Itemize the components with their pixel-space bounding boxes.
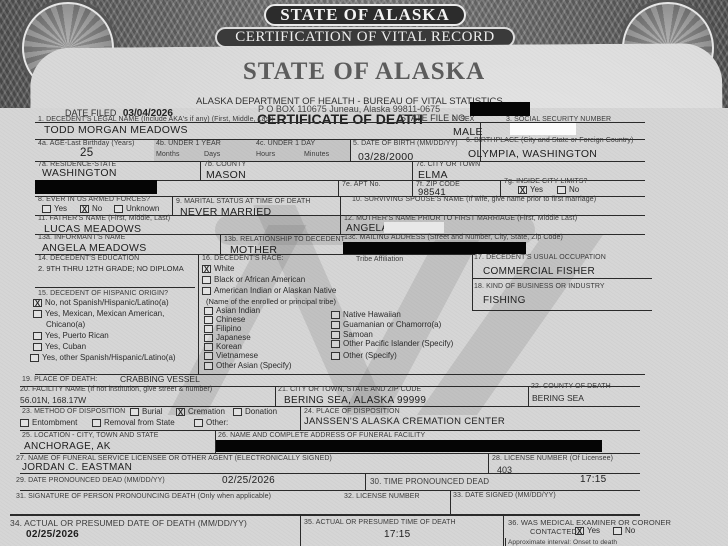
field-7c-label: 7c. CITY OR TOWN: [416, 161, 480, 168]
checkbox[interactable]: [92, 419, 101, 427]
rule: [450, 490, 451, 514]
state-file-number-redacted: [470, 102, 530, 116]
rule: [500, 180, 501, 196]
checkbox[interactable]: X: [80, 205, 89, 213]
checkbox[interactable]: [204, 343, 213, 351]
occupation: COMMERCIAL FISHER: [483, 266, 595, 277]
checkbox[interactable]: [233, 408, 242, 416]
street-address-redacted: [35, 180, 157, 194]
race-option[interactable]: Guamanian or Chamorro(a): [331, 320, 441, 329]
hispanic-option[interactable]: Yes, other Spanish/Hispanic/Latino(a): [30, 353, 176, 362]
education-value: 2. 9TH THRU 12TH GRADE; NO DIPLOMA: [38, 264, 184, 273]
field-10-label: 10. SURVIVING SPOUSE'S NAME (If wife, gi…: [352, 196, 596, 203]
rule: [20, 406, 640, 407]
rule: [412, 161, 413, 196]
decedent-name: TODD MORGAN MEADOWS: [44, 124, 188, 136]
onset-interval-label: Approximate interval: Onset to death: [508, 539, 617, 546]
hispanic-option-continued: Chicano(a): [46, 320, 85, 329]
death-county: BERING SEA: [532, 393, 584, 403]
rule: [20, 430, 640, 431]
disposition-other[interactable]: Other:: [194, 418, 228, 427]
age-value: 25: [80, 147, 93, 159]
field-3-label: 3. SOCIAL SECURITY NUMBER: [506, 116, 611, 123]
banner-state-title: STATE OF ALASKA: [264, 4, 466, 26]
field-13a-label: 13a. INFORMANT'S NAME: [38, 234, 125, 241]
rule: [503, 516, 504, 546]
field-6-label: 6. BIRTHPLACE (City and State or Foreign…: [466, 137, 633, 144]
checkbox[interactable]: [20, 419, 29, 427]
race-option[interactable]: Native Hawaiian: [331, 310, 401, 319]
field-21-label: 21. CITY OR TOWN, STATE AND ZIP CODE: [278, 386, 421, 393]
tribe-note: (Name of the enrolled or principal tribe…: [206, 297, 336, 306]
residence-county: MASON: [206, 169, 246, 181]
field-28-label: 28. LICENSE NUMBER (Of Licensee): [492, 455, 613, 462]
checkbox[interactable]: [42, 205, 51, 213]
funeral-facility-redacted: [216, 440, 602, 452]
date-of-death: 02/25/2026: [26, 529, 79, 540]
field-18-label: 18. KIND OF BUSINESS OR INDUSTRY: [474, 283, 605, 290]
rule: [350, 139, 351, 161]
rule: [340, 196, 341, 234]
certification-banner: STATE OF ALASKA CERTIFICATION OF VITAL R…: [215, 4, 515, 48]
race-option[interactable]: American Indian or Alaskan Native: [202, 286, 336, 295]
checkbox[interactable]: [331, 352, 340, 360]
race-option[interactable]: Other (Specify): [331, 351, 397, 360]
checkbox[interactable]: [202, 287, 211, 295]
checkbox[interactable]: [130, 408, 139, 416]
field-27-label: 27. NAME OF FUNERAL SERVICE LICENSEE OR …: [16, 455, 332, 462]
field-14-label: 14. DECEDENT'S EDUCATION: [38, 255, 139, 262]
birth-date: 03/28/2000: [358, 151, 414, 163]
field-35-label: 35. ACTUAL OR PRESUMED TIME OF DEATH: [304, 519, 456, 526]
hispanic-option[interactable]: Yes, Cuban: [33, 342, 86, 351]
minutes-label: Minutes: [304, 151, 329, 158]
document-title: STATE OF ALASKA: [0, 58, 728, 86]
inside-city-limits-yes[interactable]: XYes: [518, 185, 543, 194]
checkbox[interactable]: X: [518, 186, 527, 194]
checkbox[interactable]: X: [575, 527, 584, 535]
race-option[interactable]: Other Pacific Islander (Specify): [331, 339, 453, 348]
birthplace: OLYMPIA, WASHINGTON: [468, 148, 597, 160]
checkbox[interactable]: X: [176, 408, 185, 416]
disposition-donation[interactable]: Donation: [233, 407, 277, 416]
race-option[interactable]: Vietnamese: [204, 351, 258, 360]
hours-label: Hours: [256, 151, 275, 158]
rule: [528, 386, 529, 406]
field-34-label: 34. ACTUAL OR PRESUMED DATE OF DEATH (MM…: [10, 518, 247, 528]
inside-city-limits-no[interactable]: No: [557, 185, 579, 194]
hispanic-option[interactable]: Yes, Mexican, Mexican American,: [33, 309, 164, 318]
field-36-label-2: CONTACTED?: [530, 527, 581, 536]
field-24-label: 24. PLACE OF DISPOSITION: [304, 408, 400, 415]
field-8-label: 8. EVER IN US ARMED FORCES?: [38, 196, 150, 203]
ssn-redacted: [510, 123, 576, 135]
hispanic-option[interactable]: Yes, Puerto Rican: [33, 331, 109, 340]
place-of-disposition: JANSSEN'S ALASKA CREMATION CENTER: [304, 416, 505, 427]
license-number: 403: [497, 465, 512, 475]
facility-coordinates: 56.01N, 168.17W: [20, 395, 86, 405]
armed-forces-yes[interactable]: Yes: [42, 204, 67, 213]
rule: [172, 196, 173, 215]
race-option[interactable]: Chinese: [204, 315, 245, 324]
residence-state: WASHINGTON: [42, 167, 117, 179]
field-32-label: 32. LICENSE NUMBER: [344, 493, 420, 500]
race-option[interactable]: XWhite: [202, 264, 234, 273]
death-city: BERING SEA, ALASKA 99999: [284, 395, 426, 406]
date-pronounced-dead: 02/25/2026: [222, 475, 275, 486]
rule: [300, 516, 301, 546]
field-26-label: 26. NAME AND COMPLETE ADDRESS OF FUNERAL…: [218, 432, 425, 439]
field-7e-label: 7e. APT No.: [342, 181, 381, 188]
race-option[interactable]: Other Asian (Specify): [204, 361, 292, 370]
tribe-affiliation-label: Tribe Affiliation: [356, 256, 403, 263]
industry: FISHING: [483, 295, 526, 306]
checkbox[interactable]: [204, 352, 213, 360]
field-12-label: 12. MOTHER'S NAME PRIOR TO FIRST MARRIAG…: [344, 215, 577, 222]
checkbox[interactable]: [613, 527, 622, 535]
checkbox[interactable]: [33, 343, 42, 351]
checkbox[interactable]: [194, 419, 203, 427]
time-pronounced-dead: 17:15: [580, 474, 607, 485]
place-of-death: CRABBING VESSEL: [120, 374, 200, 384]
field-22-label: 22. COUNTY OF DEATH: [531, 383, 611, 390]
checkbox[interactable]: [33, 332, 42, 340]
field-4b-label: 4b. UNDER 1 YEAR: [156, 140, 221, 147]
rule: [472, 254, 473, 310]
rule: [472, 310, 652, 311]
checkbox[interactable]: [202, 276, 211, 284]
residence-city: ELMA: [418, 169, 448, 181]
race-option[interactable]: Black or African American: [202, 275, 305, 284]
certificate-type: CERTIFICATE OF DEATH: [257, 111, 423, 127]
field-29-label: 29. DATE PRONOUNCED DEAD (MM/DD/YY): [16, 477, 165, 484]
race-option[interactable]: Samoan: [331, 330, 373, 339]
checkbox[interactable]: [331, 311, 340, 319]
field-19-label: 19. PLACE OF DEATH:: [22, 376, 97, 383]
field-5-label: 5. DATE OF BIRTH (MM/DD/YY): [353, 140, 458, 147]
rule: [488, 453, 489, 473]
rule: [505, 538, 506, 546]
months-label: Months: [156, 151, 180, 158]
field-16-label: 16. DECEDENT'S RACE:: [202, 255, 284, 262]
mother-name: ANGELA: [346, 223, 388, 234]
armed-forces-no[interactable]: XNo: [80, 204, 102, 213]
checkbox[interactable]: [331, 331, 340, 339]
checkbox[interactable]: [114, 205, 123, 213]
field-1-label: 1. DECEDENT'S LEGAL NAME (Include AKA's …: [38, 116, 274, 123]
rule: [200, 161, 201, 180]
medical-examiner-no[interactable]: No: [613, 526, 635, 535]
field-15-label: 15. DECEDENT OF HISPANIC ORIGIN?: [38, 290, 168, 297]
checkbox[interactable]: X: [202, 265, 211, 273]
rule: [300, 406, 301, 430]
race-option[interactable]: Asian Indian: [204, 306, 260, 315]
disposition-entombment[interactable]: Entombment: [20, 418, 77, 427]
funeral-licensee: JORDAN C. EASTMAN: [22, 462, 132, 473]
race-option[interactable]: Korean: [204, 342, 242, 351]
rule: [338, 180, 339, 196]
checkbox[interactable]: [204, 325, 213, 333]
rule: [20, 473, 640, 474]
checkbox[interactable]: [33, 310, 42, 318]
field-4c-label: 4c. UNDER 1 DAY: [256, 140, 315, 147]
field-17-label: 17. DECEDENT'S USUAL OCCUPATION: [474, 254, 606, 261]
disposition-location: ANCHORAGE, AK: [24, 441, 111, 452]
marital-status: NEVER MARRIED: [180, 206, 271, 218]
field-9-label: 9. MARITAL STATUS AT TIME OF DEATH: [176, 198, 310, 205]
mailing-address-redacted: [343, 242, 526, 254]
field-31-label: 31. SIGNATURE OF PERSON PRONOUNCING DEAT…: [16, 493, 271, 500]
field-11-label: 11. FATHER'S NAME (First, Middle, Last): [38, 215, 170, 222]
rule: [20, 453, 640, 454]
field-25-label: 25. LOCATION - CITY, TOWN AND STATE: [22, 432, 159, 439]
checkbox[interactable]: [204, 316, 213, 324]
field-13c-label: 13c. MAILING ADDRESS (Street and Number,…: [344, 234, 563, 241]
disposition-cremation[interactable]: XCremation: [176, 407, 225, 416]
field-23-label: 23. METHOD OF DISPOSITION: [22, 408, 125, 415]
field-20-label: 20. FACILITY NAME (If not institution, g…: [20, 386, 212, 393]
rule: [220, 234, 221, 254]
checkbox[interactable]: [204, 307, 213, 315]
rule: [20, 490, 640, 491]
rule: [35, 161, 645, 162]
armed-forces-unknown[interactable]: Unknown: [114, 204, 159, 213]
checkbox[interactable]: [30, 354, 39, 362]
field-7g-label: 7g. INSIDE CITY LIMITS?: [504, 178, 587, 185]
checkbox[interactable]: X: [33, 299, 42, 307]
field-30-label: 30. TIME PRONOUNCED DEAD: [370, 477, 489, 486]
field-13b-label: 13b. RELATIONSHIP TO DECEDENT: [224, 236, 345, 243]
field-33-label: 33. DATE SIGNED (MM/DD/YY): [453, 492, 556, 499]
rule: [365, 473, 366, 490]
field-2-label: 2. SEX: [452, 116, 474, 123]
rule: [35, 287, 195, 288]
mother-surname-redacted: [384, 222, 444, 233]
checkbox[interactable]: [331, 340, 340, 348]
rule: [275, 386, 276, 406]
disposition-burial[interactable]: Burial: [130, 407, 162, 416]
race-option[interactable]: Japanese: [204, 333, 251, 342]
disposition-removal[interactable]: Removal from State: [92, 418, 175, 427]
race-option[interactable]: Filipino: [204, 324, 241, 333]
informant-name: ANGELA MEADOWS: [42, 242, 147, 254]
rule: [198, 254, 199, 374]
checkbox[interactable]: [331, 321, 340, 329]
checkbox[interactable]: [557, 186, 566, 194]
medical-examiner-yes[interactable]: XYes: [575, 526, 600, 535]
time-of-death: 17:15: [384, 529, 411, 540]
checkbox[interactable]: [204, 334, 213, 342]
field-4a-label: 4a. AGE-Last Birthday (Years): [38, 140, 134, 147]
rule: [10, 514, 640, 516]
rule: [472, 278, 652, 279]
checkbox[interactable]: [204, 362, 213, 370]
field-7b-label: 7b. COUNTY: [204, 161, 246, 168]
hispanic-option[interactable]: XNo, not Spanish/Hispanic/Latino(a): [33, 298, 169, 307]
days-label: Days: [204, 151, 220, 158]
